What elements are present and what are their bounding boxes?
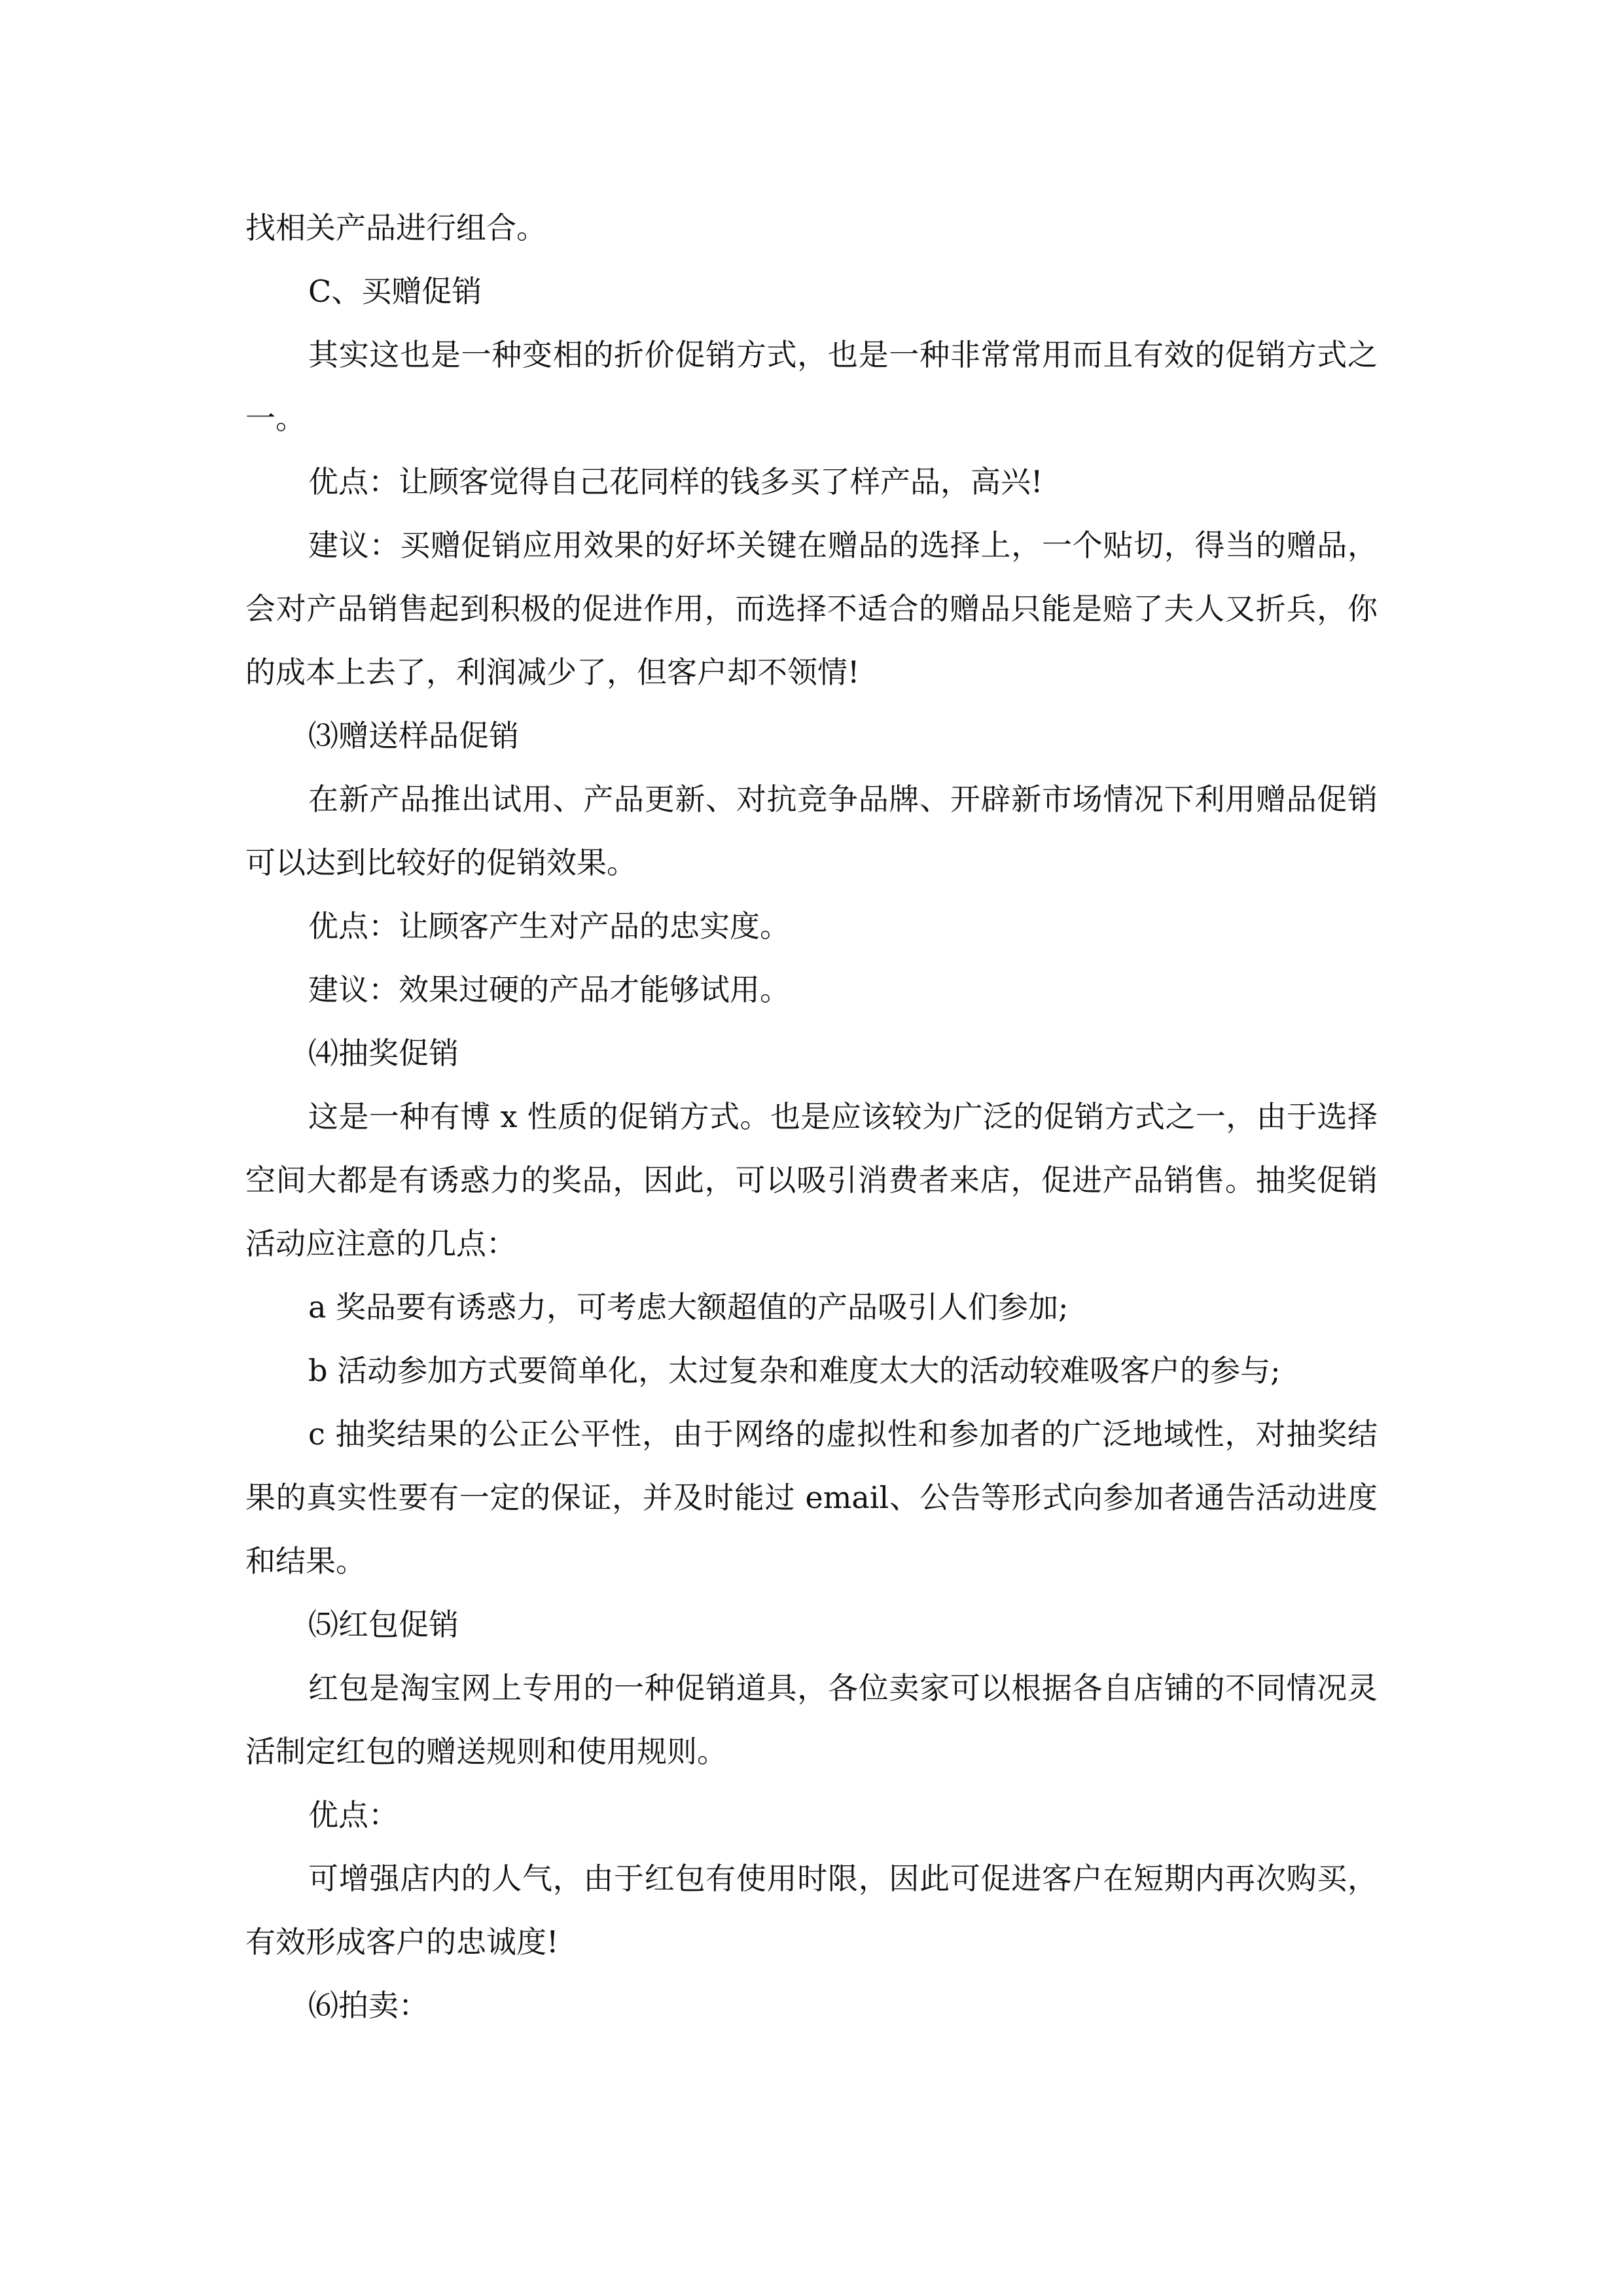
heading-auction: ⑹拍卖： (245, 1974, 1378, 2037)
paragraph-red-packet-description: 红包是淘宝网上专用的一种促销道具，各位卖家可以根据各自店铺的不同情况灵活制定红包… (245, 1657, 1378, 1784)
paragraph-sample-suggestion: 建议：效果过硬的产品才能够试用。 (245, 958, 1378, 1022)
heading-sample-promotion: ⑶赠送样品促销 (245, 704, 1378, 768)
paragraph-continuation: 找相关产品进行组合。 (245, 196, 1378, 260)
paragraph-buy-gift-description: 其实这也是一种变相的折价促销方式，也是一种非常常用而且有效的促销方式之一。 (245, 323, 1378, 450)
heading-lottery-promotion: ⑷抽奖促销 (245, 1022, 1378, 1085)
paragraph-red-packet-advantage: 可增强店内的人气，由于红包有使用时限，因此可促进客户在短期内再次购买，有效形成客… (245, 1847, 1378, 1974)
list-item-lottery-a: a 奖品要有诱惑力，可考虑大额超值的产品吸引人们参加; (245, 1276, 1378, 1339)
paragraph-sample-description: 在新产品推出试用、产品更新、对抗竞争品牌、开辟新市场情况下利用赠品促销可以达到比… (245, 768, 1378, 895)
paragraph-buy-gift-advantage: 优点：让顾客觉得自己花同样的钱多买了样产品，高兴! (245, 450, 1378, 514)
paragraph-buy-gift-suggestion: 建议：买赠促销应用效果的好坏关键在赠品的选择上，一个贴切，得当的赠品，会对产品销… (245, 514, 1378, 704)
heading-red-packet-promotion: ⑸红包促销 (245, 1593, 1378, 1657)
heading-buy-gift-promotion: C、买赠促销 (245, 260, 1378, 323)
paragraph-lottery-description: 这是一种有博 x 性质的促销方式。也是应该较为广泛的促销方式之一，由于选择空间大… (245, 1085, 1378, 1276)
label-red-packet-advantage: 优点： (245, 1784, 1378, 1847)
list-item-lottery-b: b 活动参加方式要简单化，太过复杂和难度太大的活动较难吸客户的参与; (245, 1339, 1378, 1403)
paragraph-sample-advantage: 优点：让顾客产生对产品的忠实度。 (245, 895, 1378, 958)
document-page: 找相关产品进行组合。 C、买赠促销 其实这也是一种变相的折价促销方式，也是一种非… (245, 196, 1378, 2037)
list-item-lottery-c: c 抽奖结果的公正公平性，由于网络的虚拟性和参加者的广泛地域性，对抽奖结果的真实… (245, 1403, 1378, 1593)
